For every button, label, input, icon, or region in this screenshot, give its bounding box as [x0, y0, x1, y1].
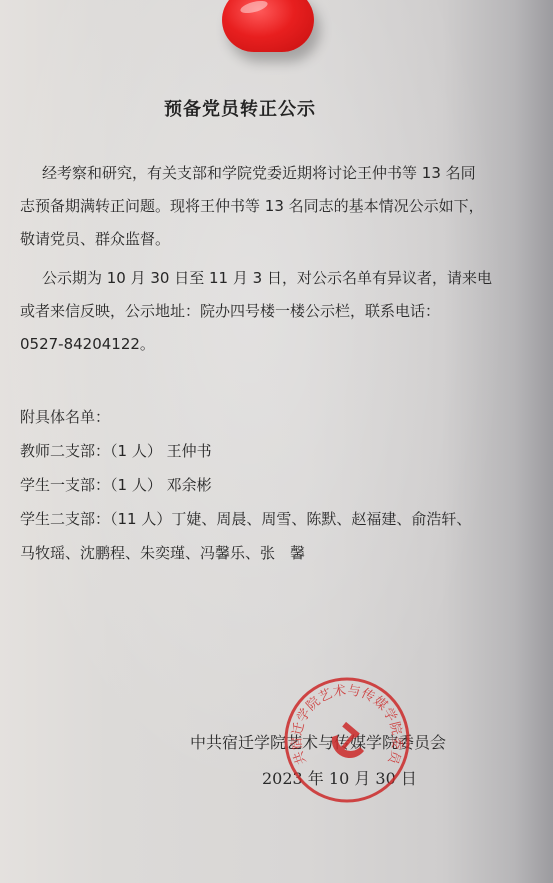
contact-phone: 0527-84204122。	[20, 328, 460, 361]
branch-count: （1 人）	[110, 476, 162, 494]
branch-row: 学生二支部：（11 人）丁婕、周晨、周雪、陈默、赵福建、俞浩轩、	[20, 502, 460, 536]
paragraph-line: 志预备期满转正问题。现将王仲书等 13 名同志的基本情况公示如下，	[20, 190, 460, 223]
paragraph-line: 经考察和研究，有关支部和学院党委近期将讨论王仲书等 13 名同	[20, 157, 460, 190]
pushpin-highlight	[239, 0, 269, 15]
branch-name: 学生二支部：	[20, 510, 110, 528]
branch-row: 学生一支部：（1 人） 邓余彬	[20, 468, 460, 502]
branch-count: （11 人）	[110, 510, 171, 528]
list-heading: 附具体名单：	[20, 400, 460, 434]
paragraph-period: 公示期为 10 月 30 日至 11 月 3 日，对公示名单有异议者，请来电 或…	[20, 262, 460, 361]
branch-name: 学生一支部：	[20, 476, 110, 494]
branch-members: 邓余彬	[167, 476, 212, 494]
paragraph-intro: 经考察和研究，有关支部和学院党委近期将讨论王仲书等 13 名同 志预备期满转正问…	[20, 157, 460, 256]
paragraph-line: 或者来信反映，公示地址：院办四号楼一楼公示栏，联系电话：	[20, 295, 460, 328]
paragraph-line: 敬请党员、群众监督。	[20, 223, 460, 256]
branch-members: 王仲书	[167, 442, 212, 460]
red-pushpin	[222, 0, 314, 52]
branch-row: 教师二支部：（1 人） 王仲书	[20, 434, 460, 468]
official-seal: 中共宿迁学院艺术与传媒学院委员会	[282, 675, 412, 805]
branch-members: 丁婕、周晨、周雪、陈默、赵福建、俞浩轩、	[171, 510, 471, 528]
paragraph-line: 公示期为 10 月 30 日至 11 月 3 日，对公示名单有异议者，请来电	[20, 262, 460, 295]
document-title: 预备党员转正公示	[0, 95, 480, 121]
name-list: 附具体名单： 教师二支部：（1 人） 王仲书 学生一支部：（1 人） 邓余彬 学…	[20, 400, 460, 570]
hammer-sickle-icon	[332, 722, 364, 758]
branch-members-continued: 马牧瑶、沈鹏程、朱奕瑾、冯馨乐、张 馨	[20, 536, 460, 570]
branch-name: 教师二支部：	[20, 442, 110, 460]
branch-count: （1 人）	[110, 442, 162, 460]
